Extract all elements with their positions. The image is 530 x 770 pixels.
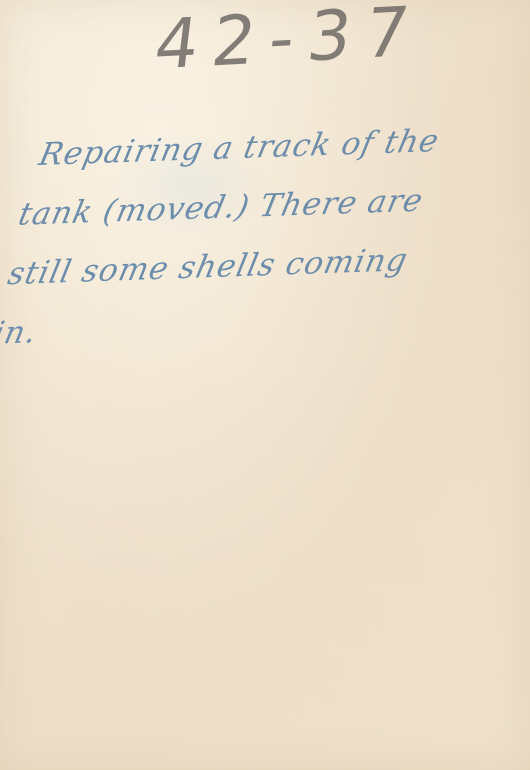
photo-back-card: 42-37 Repairing a track of the tank (mov… <box>0 0 530 770</box>
handwritten-caption: Repairing a track of the tank (moved.) T… <box>0 110 508 364</box>
catalog-number: 42-37 <box>150 0 427 86</box>
